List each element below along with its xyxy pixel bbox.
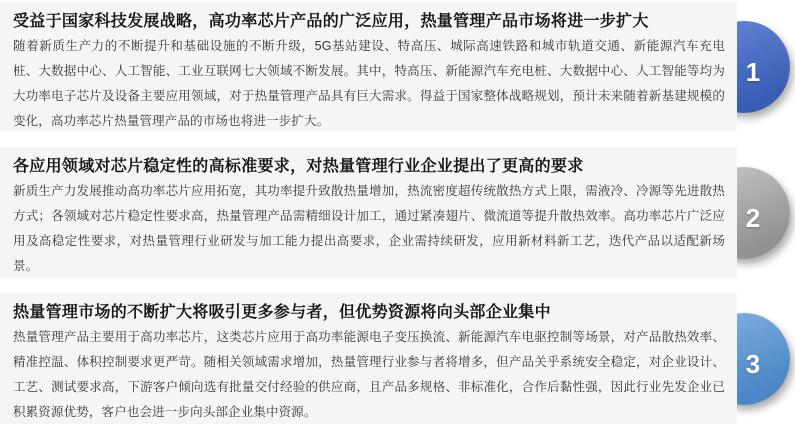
section-body-3: 热量管理产品主要用于高功率芯片，这类芯片应用于高功率能源电子变压换流、新能源汽车… <box>13 325 725 425</box>
section-panel-3: 热量管理市场的不断扩大将吸引更多参与者，但优势资源将向头部企业集中 热量管理产品… <box>0 293 737 424</box>
step-number-3: 3 <box>746 351 760 377</box>
section-body-2: 新质生产力发展推动高功率芯片应用拓宽，其功率提升致散热量增加，热流密度超传统散热… <box>13 179 725 279</box>
key-point-section-3: 3 热量管理市场的不断扩大将吸引更多参与者，但优势资源将向头部企业集中 热量管理… <box>0 293 795 424</box>
key-point-section-1: 1 受益于国家科技发展战略，高功率芯片产品的广泛应用，热量管理产品市场将进一步扩… <box>0 2 795 131</box>
key-point-section-2: 2 各应用领域对芯片稳定性的高标准要求，对热量管理行业企业提出了更高的要求 新质… <box>0 147 795 278</box>
section-heading-1: 受益于国家科技发展战略，高功率芯片产品的广泛应用，热量管理产品市场将进一步扩大 <box>13 10 725 33</box>
section-panel-2: 各应用领域对芯片稳定性的高标准要求，对热量管理行业企业提出了更高的要求 新质生产… <box>0 147 737 278</box>
step-number-2: 2 <box>746 205 760 231</box>
section-body-1: 随着新质生产力的不断提升和基础设施的不断升级，5G基站建设、特高压、城际高速铁路… <box>13 34 725 134</box>
step-number-1: 1 <box>746 59 760 85</box>
section-heading-2: 各应用领域对芯片稳定性的高标准要求，对热量管理行业企业提出了更高的要求 <box>13 155 725 178</box>
slide-canvas: 1 受益于国家科技发展战略，高功率芯片产品的广泛应用，热量管理产品市场将进一步扩… <box>0 0 795 433</box>
section-heading-3: 热量管理市场的不断扩大将吸引更多参与者，但优势资源将向头部企业集中 <box>13 301 725 324</box>
section-panel-1: 受益于国家科技发展战略，高功率芯片产品的广泛应用，热量管理产品市场将进一步扩大 … <box>0 2 737 131</box>
